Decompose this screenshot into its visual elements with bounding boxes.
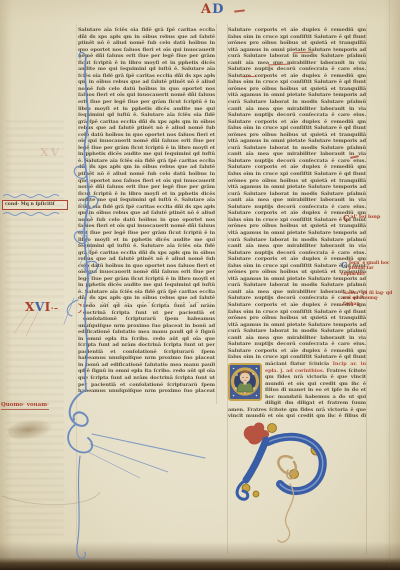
right-column-text-lower: māciani fiatur ſciuicia Incip ar. in epł… — [228, 361, 366, 419]
margin-note-right-3: Salom’ qd fil lag· qd uol qd Poumq· fach… — [343, 291, 395, 307]
numeral-dash: ·– — [51, 303, 59, 313]
running-title-letter-d: D — [212, 2, 224, 17]
running-title-letter-a: A — [201, 2, 212, 17]
historiated-initial — [228, 362, 262, 402]
body-text: Salutare aīa ſciēs oīa fidē grā ſpē cari… — [78, 27, 215, 303]
body-text: Salutare corporis et aīe duplex ē remedi… — [228, 27, 366, 361]
text-column-right: Salutare corporis et aīe duplex ē remedi… — [228, 27, 366, 419]
margin-note-right-1: C al’ ſei lonp — [343, 214, 380, 222]
body-text: māciani fiatur ſciuicia — [265, 361, 333, 367]
chapter-numeral-xvi: XVI·– — [25, 300, 59, 314]
running-title: AD — [201, 2, 224, 17]
paragraph-mark-icon: C — [341, 261, 347, 269]
ruling-line — [76, 24, 77, 540]
ruling-line — [366, 24, 367, 554]
margin-note-text: Tern’ ē gnali hoc pſsiom ſar copiarmſt — [341, 261, 390, 277]
ink-stain — [7, 417, 53, 442]
text-column-left: Salutare aīa ſciēs oīa fidē grā ſpē cari… — [78, 27, 215, 393]
right-column-text-upper: Salutare corporis et aīe duplex ē remedi… — [228, 27, 366, 361]
flourish-squiggle-bottom — [2, 211, 66, 217]
body-text: redo aūt qd oīa que ſcripta ſunt ad nrām… — [78, 303, 215, 393]
chapter-initial-c: C — [78, 303, 82, 317]
margin-note-red-left: Quomo· vouam· — [1, 402, 49, 410]
flourish-squiggle-top — [2, 193, 66, 199]
margin-note-boxed: cond· Mq n ſpſicitiſ — [2, 192, 68, 218]
margin-note-text: al’ ſei lonp — [350, 214, 380, 220]
numeral-x: X — [25, 300, 35, 314]
running-title-dash — [234, 9, 245, 12]
manuscript-page: AD Salutare aīa ſciēs oīa fidē grā ſpē c… — [0, 0, 400, 570]
ghost-numeral-showthrough: XV — [40, 146, 61, 159]
paragraph-mark-icon: C — [343, 214, 349, 222]
page-edge-line — [389, 0, 390, 570]
ruling-line — [216, 24, 217, 404]
left-column-text-lower: C redo aūt qd oīa que ſcripta ſunt ad nr… — [78, 303, 215, 393]
boxed-note-text: cond· Mq n ſpſicitiſ — [2, 200, 68, 210]
rubric-line-2: ad corinthios. — [286, 368, 326, 374]
margin-note-text: Salom’ qd fil lag· qd uol qd Poumq· fach… — [343, 291, 392, 307]
left-column-text-upper: Salutare aīa ſciēs oīa fidē grā ſpē cari… — [78, 27, 215, 303]
historiated-initial-portrait — [228, 362, 262, 402]
numeral-v: V — [35, 300, 45, 314]
margin-note-right-2: C Tern’ ē gnali hoc pſsiom ſar copiarmſt — [341, 261, 397, 277]
big-initial-p — [232, 418, 342, 553]
